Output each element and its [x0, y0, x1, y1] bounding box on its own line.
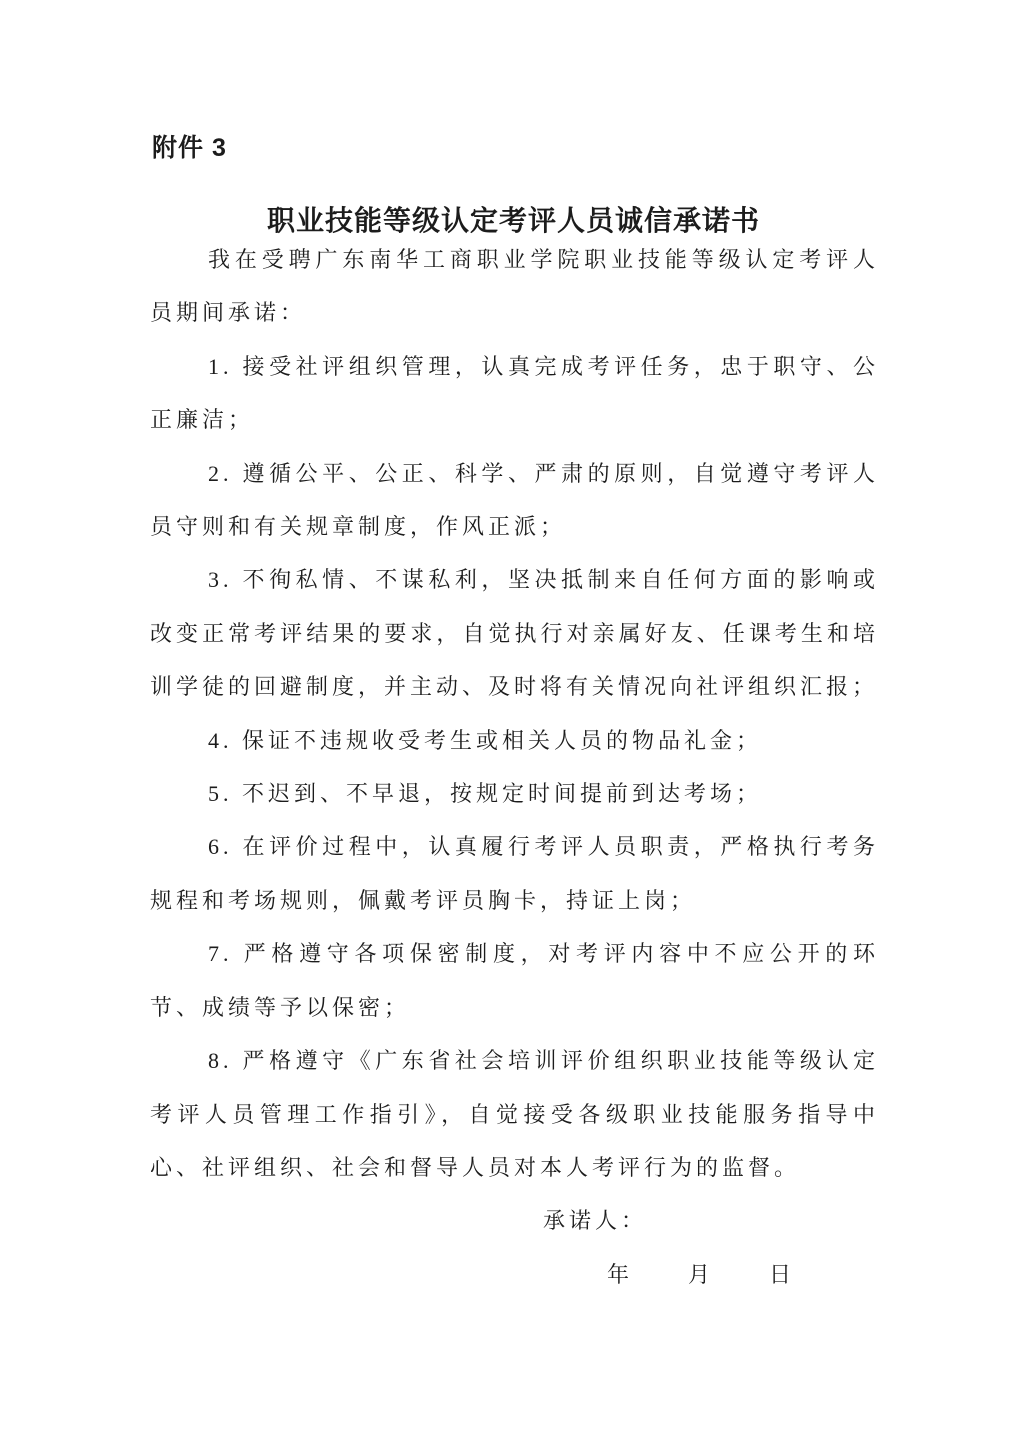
attachment-label: 附件 3 [152, 133, 227, 163]
commitment-item-7: 7. 严格遵守各项保密制度，对考评内容中不应公开的环节、成绩等予以保密； [150, 927, 879, 1034]
commitment-item-5: 5. 不迟到、不早退，按规定时间提前到达考场； [150, 767, 879, 820]
document-body: 我在受聘广东南华工商职业学院职业技能等级认定考评人员期间承诺： 1. 接受社评组… [150, 233, 879, 1301]
commitment-item-1: 1. 接受社评组织管理，认真完成考评任务，忠于职守、公正廉洁； [150, 340, 879, 447]
date-day-label: 日 [769, 1248, 795, 1301]
date-year-label: 年 [607, 1248, 633, 1301]
date-month-label: 月 [688, 1248, 714, 1301]
commitment-item-6: 6. 在评价过程中，认真履行考评人员职责，严格执行考务规程和考场规则，佩戴考评员… [150, 820, 879, 927]
signature-block: 承诺人： 年 月 日 [150, 1194, 879, 1301]
date-line: 年 月 日 [150, 1248, 879, 1301]
commitment-item-8: 8. 严格遵守《广东省社会培训评价组织职业技能等级认定考评人员管理工作指引》，自… [150, 1034, 879, 1194]
commitment-item-3: 3. 不徇私情、不谋私利，坚决抵制来自任何方面的影响或改变正常考评结果的要求，自… [150, 553, 879, 713]
commitment-item-2: 2. 遵循公平、公正、科学、严肃的原则，自觉遵守考评人员守则和有关规章制度，作风… [150, 447, 879, 554]
commitment-item-4: 4. 保证不违规收受考生或相关人员的物品礼金； [150, 714, 879, 767]
intro-paragraph: 我在受聘广东南华工商职业学院职业技能等级认定考评人员期间承诺： [150, 233, 879, 340]
document-page: 附件 3 职业技能等级认定考评人员诚信承诺书 我在受聘广东南华工商职业学院职业技… [0, 0, 1024, 1448]
signer-label: 承诺人： [150, 1194, 879, 1247]
